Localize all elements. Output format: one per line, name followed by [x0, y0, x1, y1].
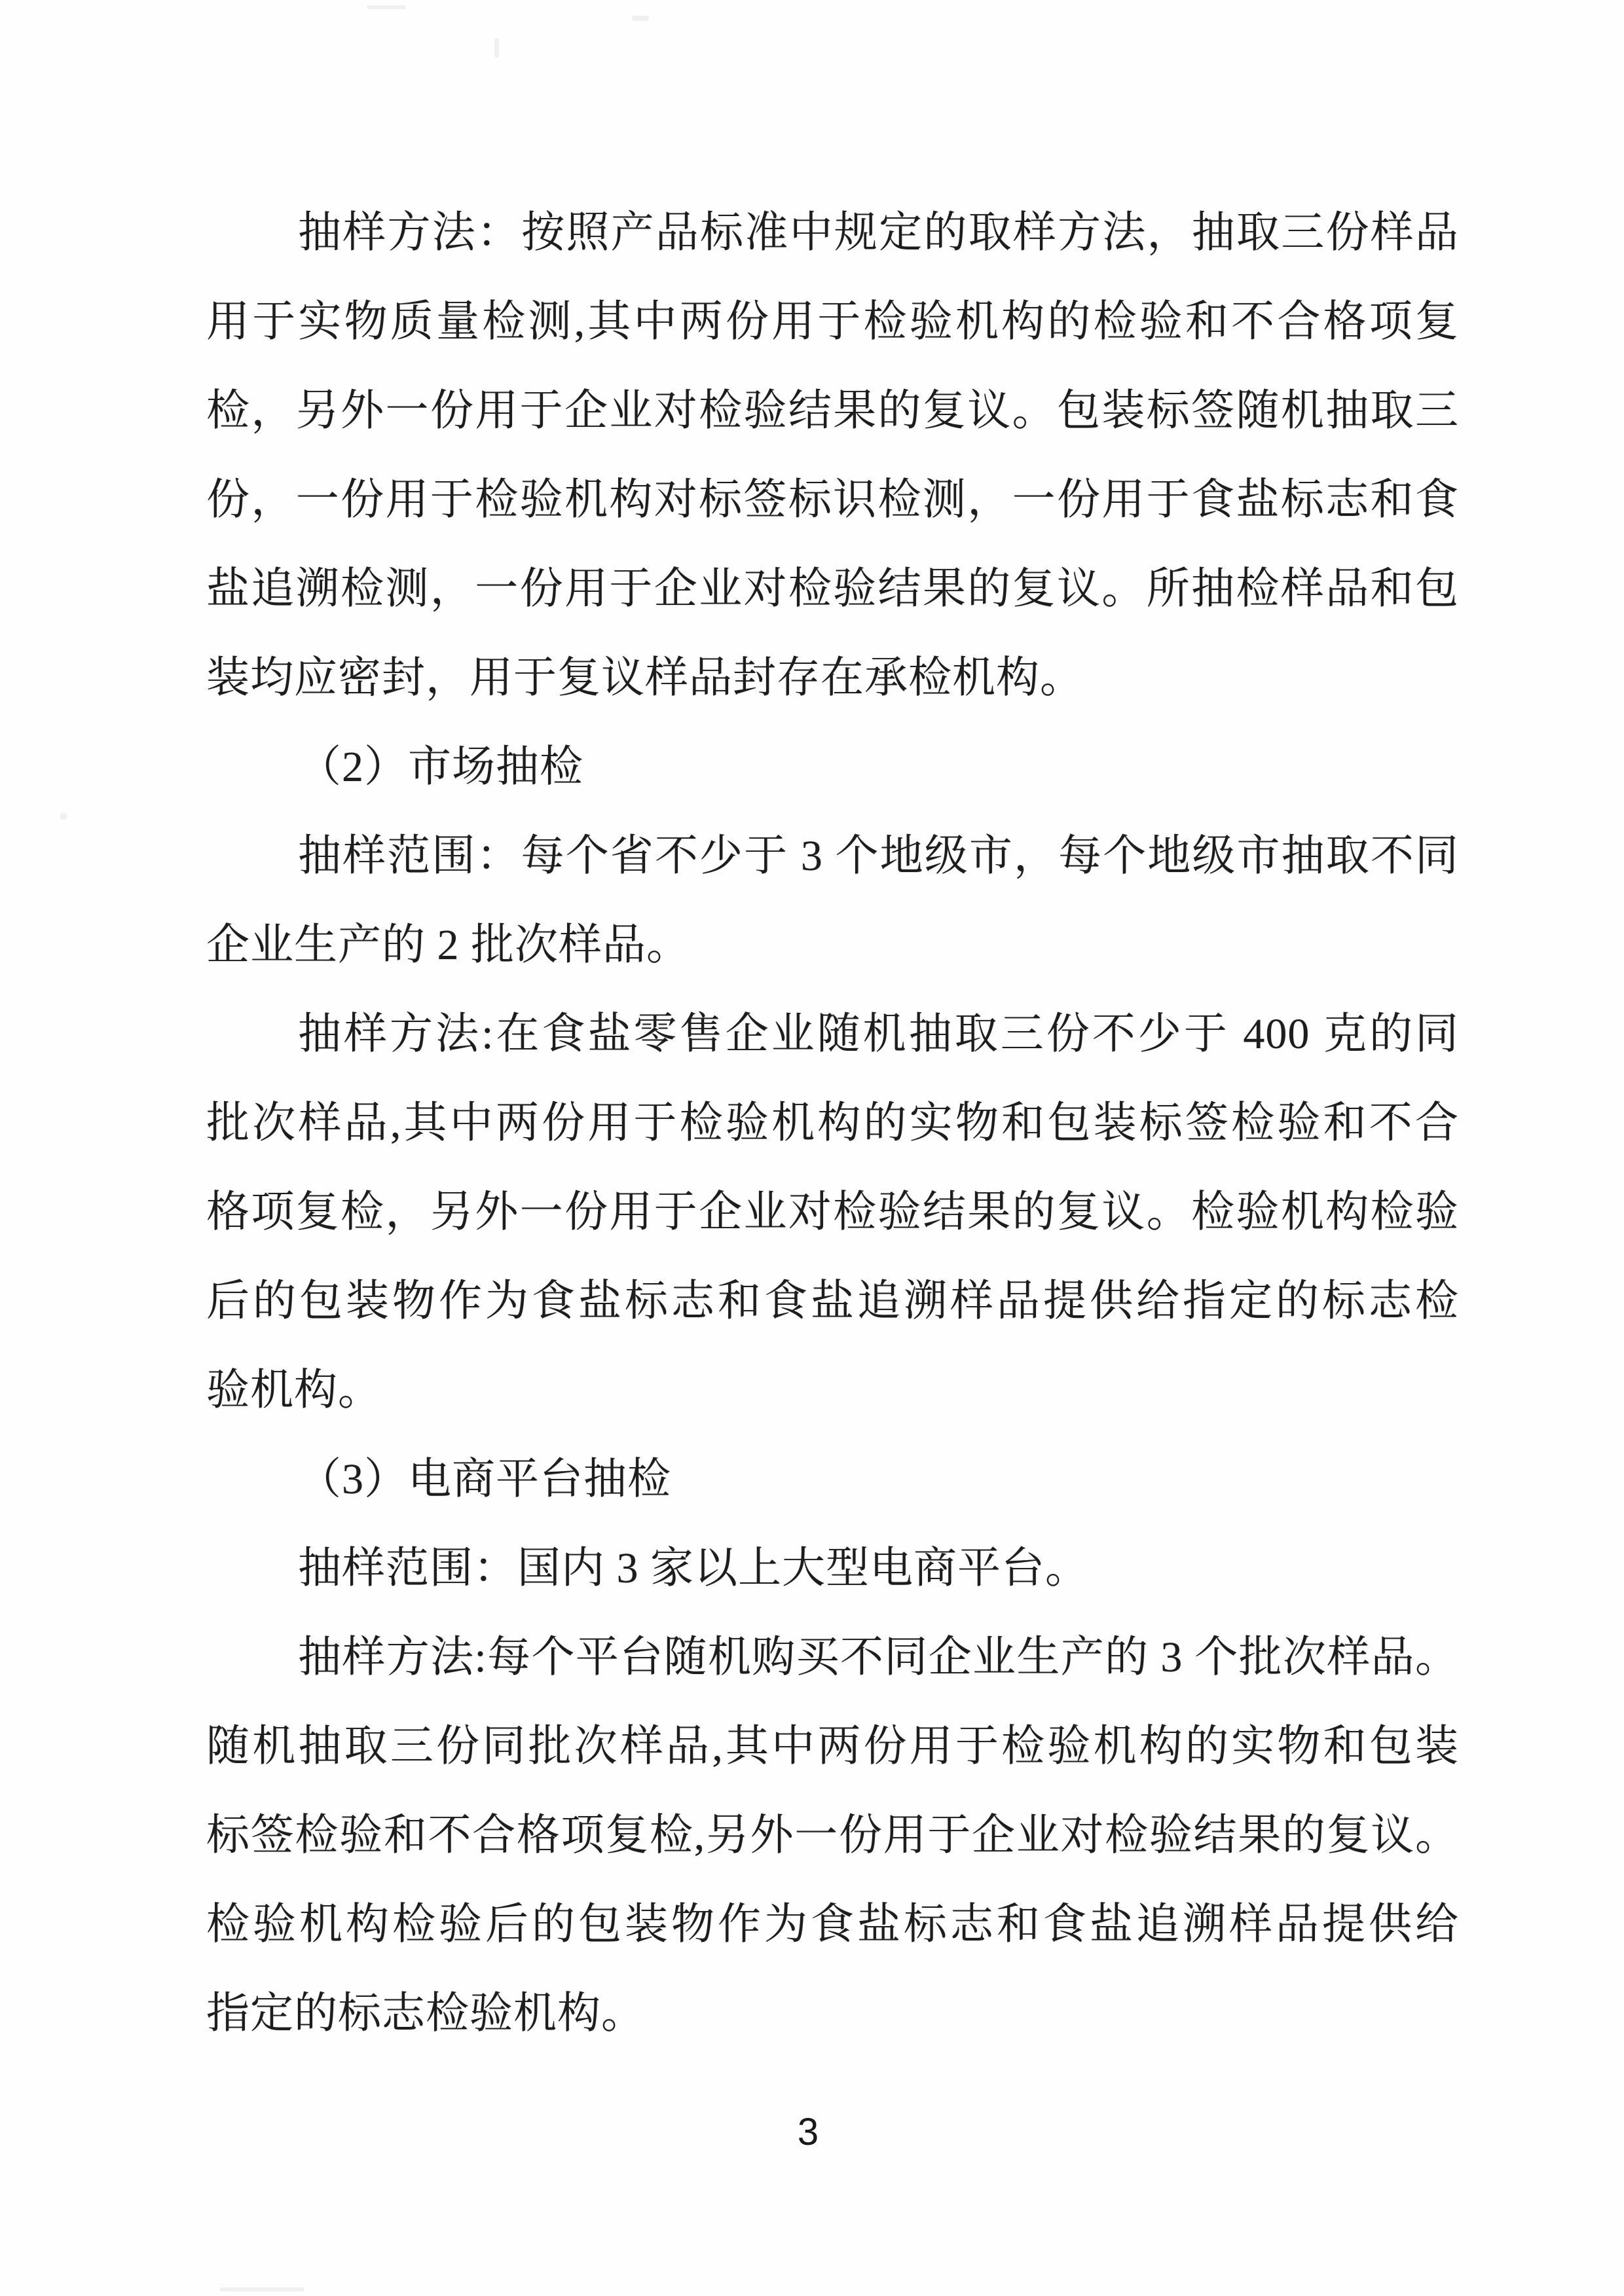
document-body: 抽样方法：按照产品标准中规定的取样方法，抽取三份样品用于实物质量检测,其中两份用…: [206, 189, 1459, 2058]
text-line: （2）市场抽检: [206, 723, 1459, 812]
text-line: 抽样方法:每个平台随机购买不同企业生产的 3 个批次样品。: [206, 1613, 1459, 1702]
text-line: （3）电商平台抽检: [206, 1435, 1459, 1524]
scan-speck: [219, 2287, 304, 2291]
text-line: 企业生产的 2 批次样品。: [206, 901, 1459, 990]
text-line: 后的包装物作为食盐标志和食盐追溯样品提供给指定的标志检: [206, 1257, 1459, 1346]
scan-speck: [60, 813, 67, 820]
text-line: 检，另外一份用于企业对检验结果的复议。包装标签随机抽取三: [206, 367, 1459, 456]
scan-speck: [494, 38, 499, 58]
text-line: 份，一份用于检验机构对标签标识检测，一份用于食盐标志和食: [206, 456, 1459, 545]
text-line: 验机构。: [206, 1346, 1459, 1435]
text-line: 抽样方法：按照产品标准中规定的取样方法，抽取三份样品: [206, 189, 1459, 278]
text-line: 装均应密封，用于复议样品封存在承检机构。: [206, 634, 1459, 723]
text-line: 批次样品,其中两份用于检验机构的实物和包装标签检验和不合: [206, 1079, 1459, 1168]
text-line: 检验机构检验后的包装物作为食盐标志和食盐追溯样品提供给: [206, 1880, 1459, 1969]
scan-speck: [367, 5, 406, 9]
text-line: 指定的标志检验机构。: [206, 1969, 1459, 2058]
document-page: 抽样方法：按照产品标准中规定的取样方法，抽取三份样品用于实物质量检测,其中两份用…: [0, 0, 1624, 2296]
text-line: 格项复检，另外一份用于企业对检验结果的复议。检验机构检验: [206, 1168, 1459, 1257]
text-line: 抽样范围：国内 3 家以上大型电商平台。: [206, 1524, 1459, 1613]
text-line: 盐追溯检测，一份用于企业对检验结果的复议。所抽检样品和包: [206, 545, 1459, 634]
scan-speck: [632, 16, 649, 21]
page-number: 3: [0, 2109, 1616, 2155]
text-line: 抽样方法:在食盐零售企业随机抽取三份不少于 400 克的同: [206, 990, 1459, 1079]
text-line: 用于实物质量检测,其中两份用于检验机构的检验和不合格项复: [206, 278, 1459, 367]
text-line: 随机抽取三份同批次样品,其中两份用于检验机构的实物和包装: [206, 1702, 1459, 1791]
text-line: 抽样范围：每个省不少于 3 个地级市，每个地级市抽取不同: [206, 812, 1459, 901]
text-line: 标签检验和不合格项复检,另外一份用于企业对检验结果的复议。: [206, 1791, 1459, 1880]
